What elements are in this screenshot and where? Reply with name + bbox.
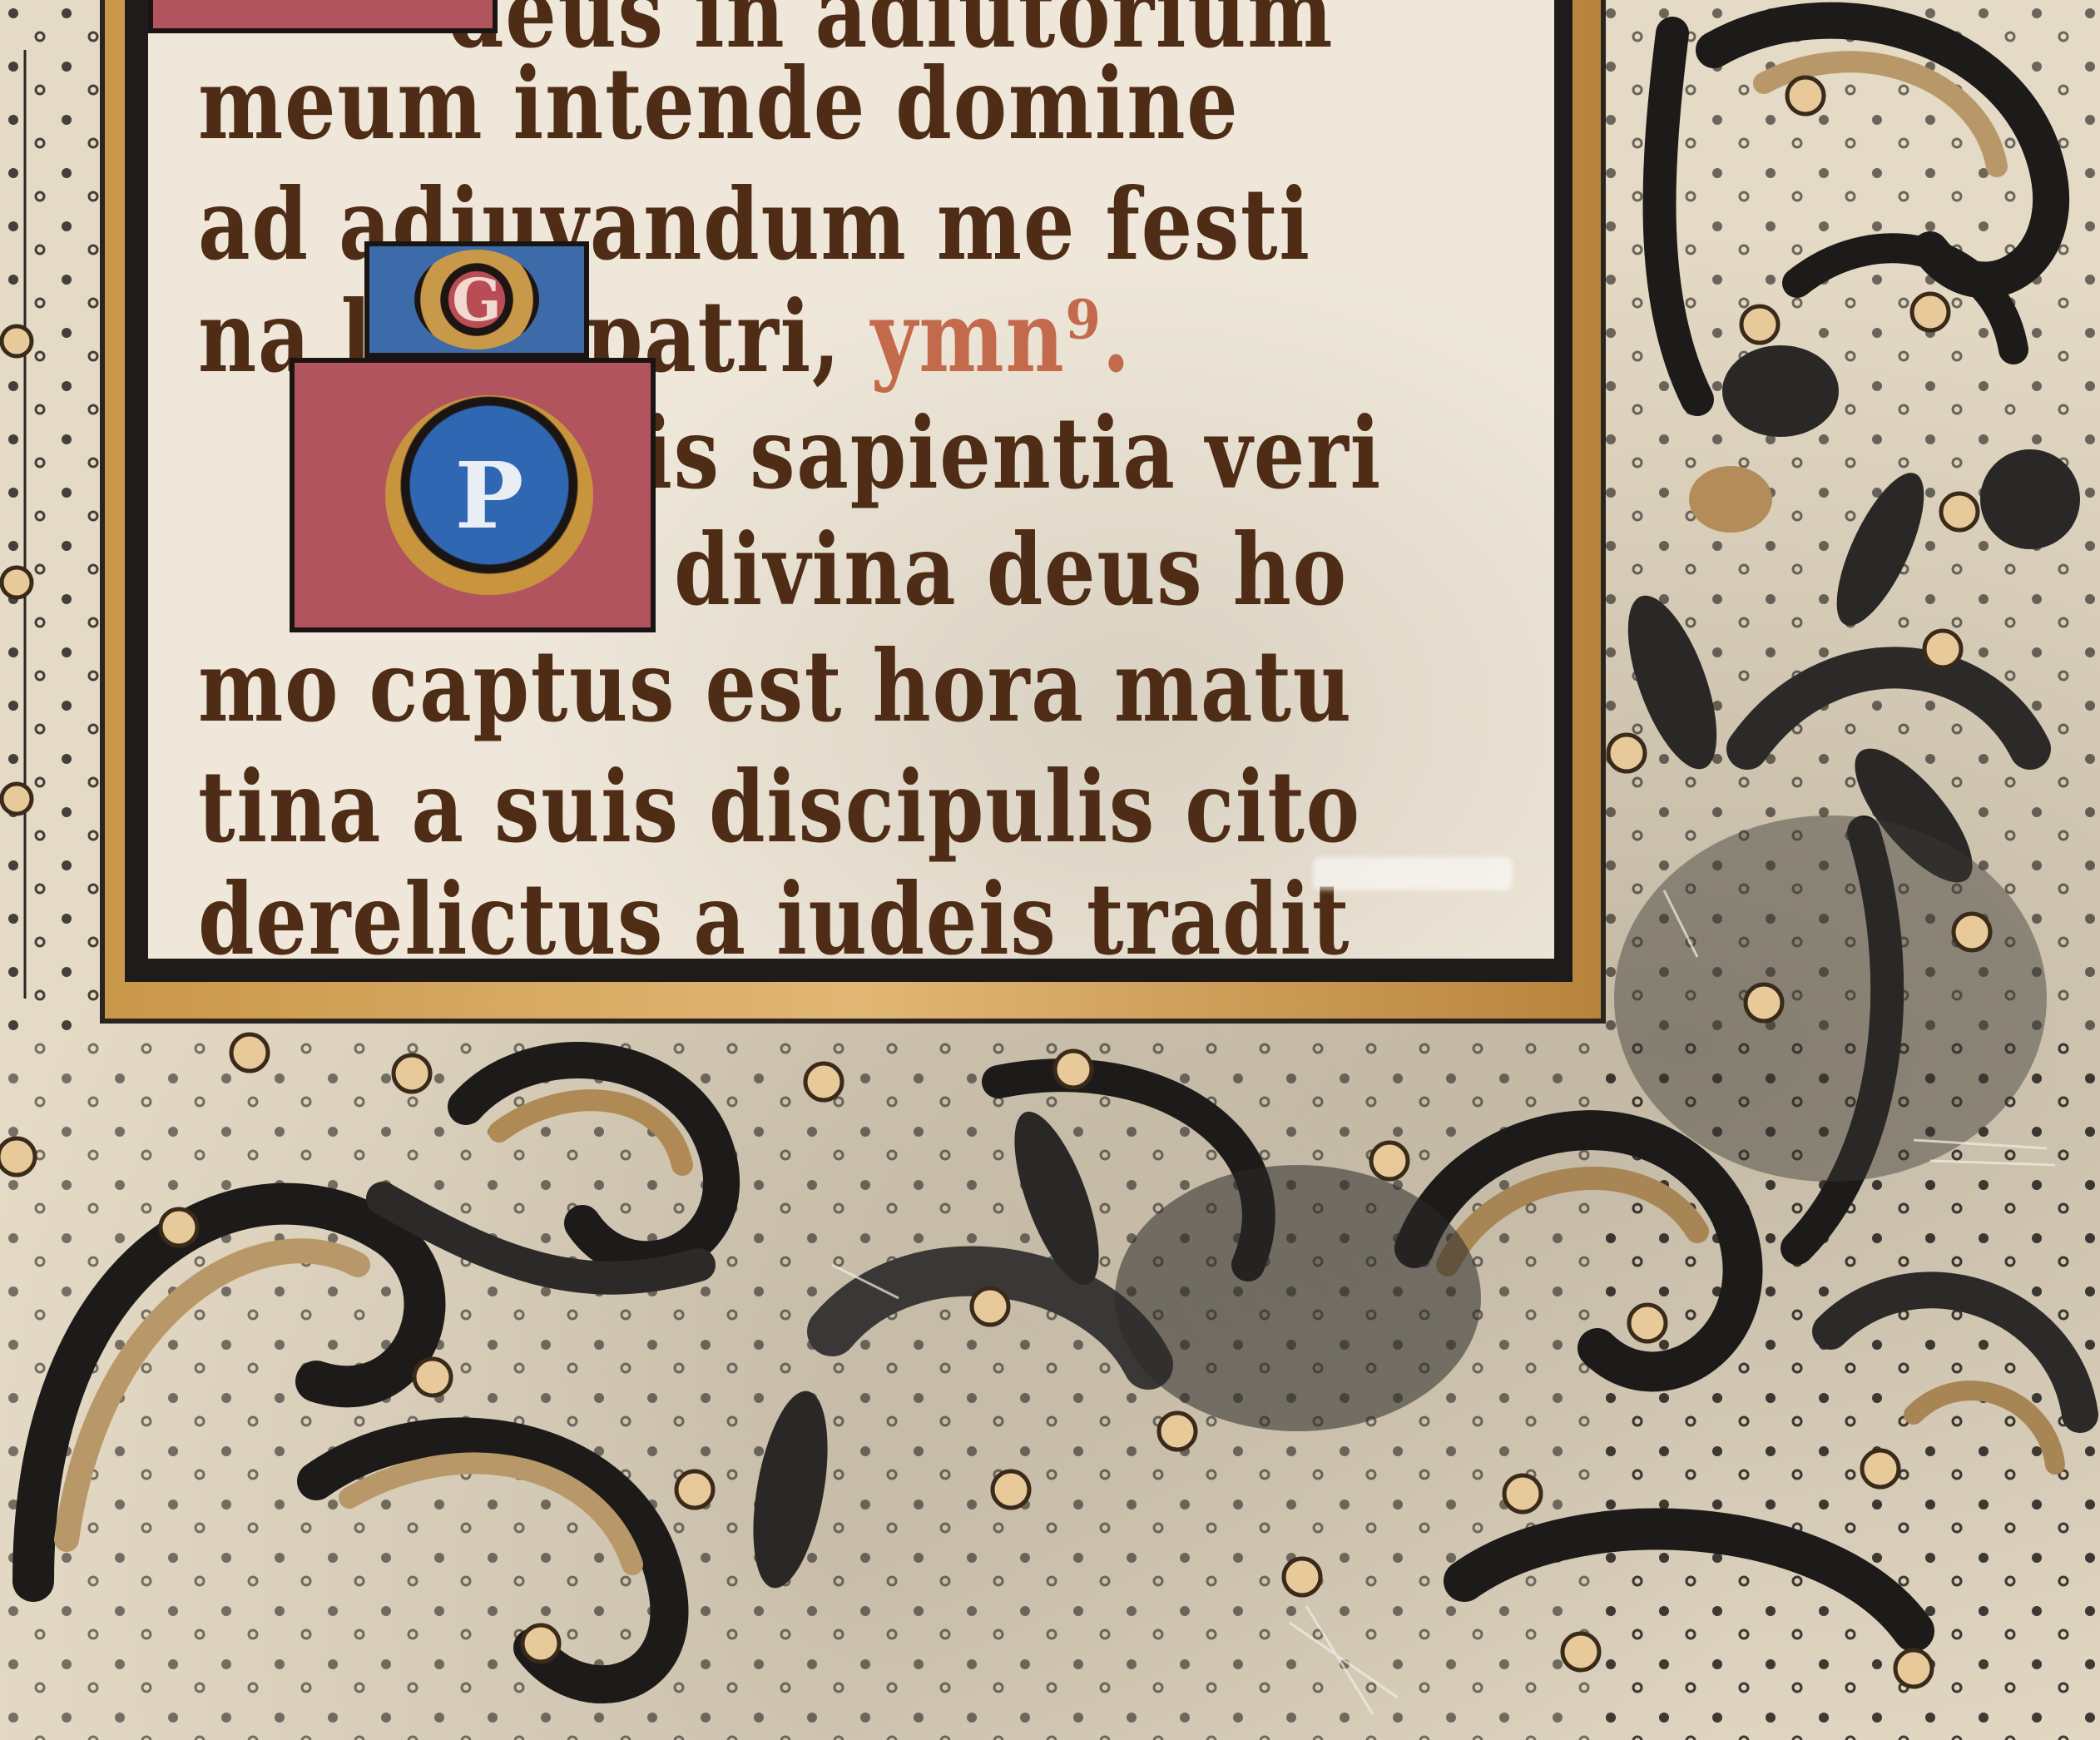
initial-p-letter: P [385,395,593,595]
illuminated-initial-g: G [364,241,589,358]
text-line-8: tina a suis discipulis cito [198,753,1283,861]
illuminated-initial-p: P [290,358,656,632]
text-line-9: derelictus a iudeis tradit [198,865,1283,959]
initial-g-letter: G [414,250,539,349]
rubric-hymnus: ymn⁹. [871,279,1132,394]
text-line-7: mo captus est hora matu [198,632,1283,741]
text-line-3: ad adiuvandum me festi [198,171,1283,279]
abrasion-mark [1313,857,1513,890]
initial-d-partial [148,0,498,33]
text-line-2: meum intende domine [198,50,1283,158]
text-block: deus in adiutorium meum intende domine a… [148,0,1554,959]
